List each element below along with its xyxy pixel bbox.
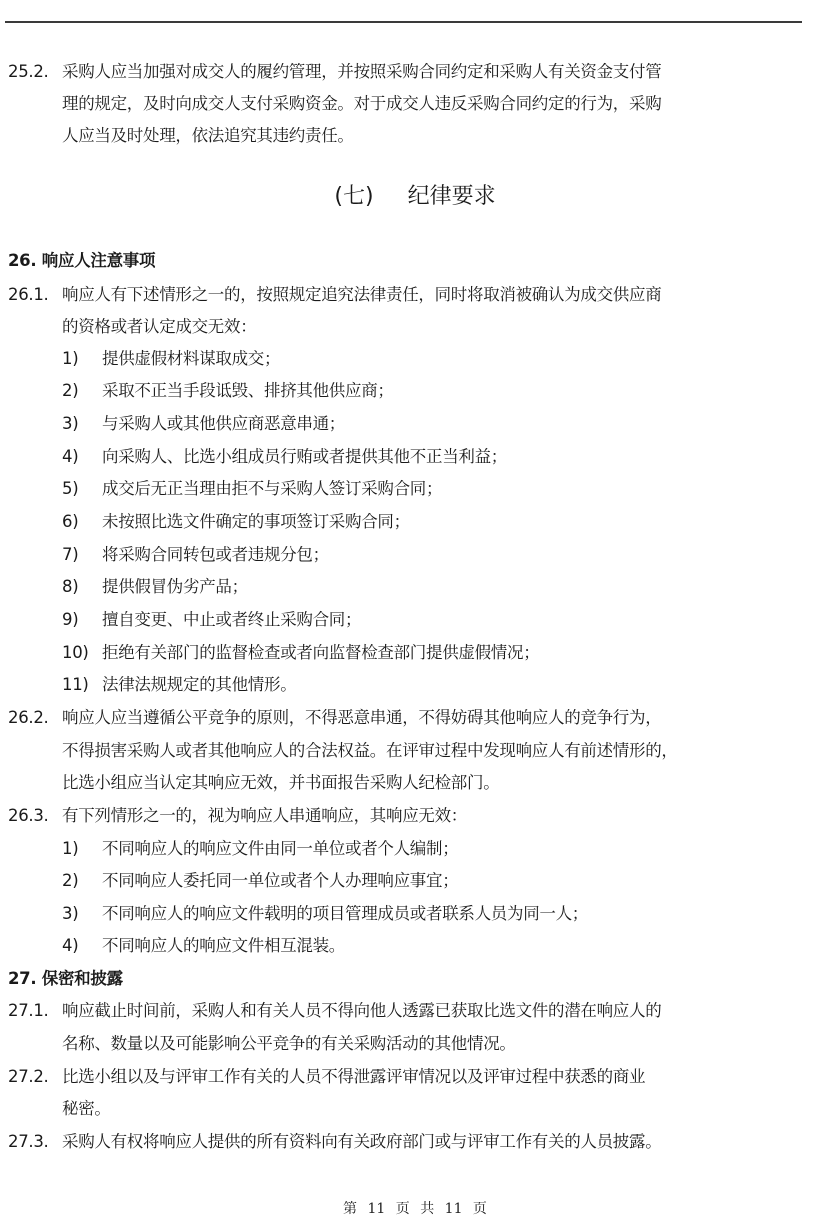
clause-text: 响应人有下述情形之一的，按照规定追究法律责任，同时将取消被确认为成交供应商 [62, 281, 661, 309]
clause-text: 比选小组应当认定其响应无效，并书面报告采购人纪检部门。 [62, 769, 499, 797]
item-number: 6) [62, 508, 78, 536]
item-text: 成交后无正当理由拒不与采购人签订采购合同； [102, 475, 442, 503]
page-footer: 第 11 页 共 11 页 [0, 1198, 830, 1218]
item-text: 提供假冒伪劣产品； [102, 573, 248, 601]
item-text: 与采购人或其他供应商恶意串通； [102, 410, 345, 438]
clause-number: 27.2. [8, 1063, 48, 1091]
clause-number: 26.3. [8, 802, 48, 830]
clause-number: 26.2. [8, 704, 48, 732]
clause-text: 比选小组以及与评审工作有关的人员不得泄露评审情况以及评审过程中获悉的商业 [62, 1063, 645, 1091]
item-text: 不同响应人委托同一单位或者个人办理响应事宜； [102, 867, 458, 895]
section-number: (七) [334, 184, 373, 209]
item-number: 5) [62, 475, 78, 503]
item-number: 1) [62, 835, 78, 863]
item-number: 4) [62, 932, 78, 960]
clause-text: 不得损害采购人或者其他响应人的合法权益。在评审过程中发现响应人有前述情形的， [62, 737, 678, 765]
clause-number: 27.1. [8, 997, 48, 1025]
item-number: 1) [62, 345, 78, 373]
item-number: 9) [62, 606, 78, 634]
item-text: 不同响应人的响应文件由同一单位或者个人编制； [102, 835, 458, 863]
item-text: 采取不正当手段诋毁、排挤其他供应商； [102, 377, 394, 405]
item-number: 2) [62, 867, 78, 895]
item-number: 7) [62, 541, 78, 569]
clause-text: 名称、数量以及可能影响公平竞争的有关采购活动的其他情况。 [62, 1030, 516, 1058]
clause-text: 响应截止时间前，采购人和有关人员不得向他人透露已获取比选文件的潜在响应人的 [62, 997, 661, 1025]
item-text: 不同响应人的响应文件相互混装。 [102, 932, 345, 960]
item-number: 4) [62, 443, 78, 471]
item-text: 不同响应人的响应文件载明的项目管理成员或者联系人员为同一人； [102, 900, 588, 928]
item-text: 未按照比选文件确定的事项签订采购合同； [102, 508, 410, 536]
clause-text: 理的规定，及时向成交人支付采购资金。对于成交人违反采购合同约定的行为，采购 [62, 90, 661, 118]
clause-number: 27.3. [8, 1128, 48, 1156]
item-number: 3) [62, 410, 78, 438]
clause-number: 25.2. [8, 58, 48, 86]
item-number: 11) [62, 671, 89, 699]
item-text: 拒绝有关部门的监督检查或者向监督检查部门提供虚假情况； [102, 639, 539, 667]
subsection-title: 27. 保密和披露 [8, 965, 123, 993]
item-text: 将采购合同转包或者违规分包； [102, 541, 329, 569]
item-text: 向采购人、比选小组成员行贿或者提供其他不正当利益； [102, 443, 507, 471]
clause-text: 秘密。 [62, 1095, 111, 1123]
section-heading: (七)纪律要求 [0, 181, 830, 213]
section-title: 纪律要求 [408, 184, 496, 209]
header-rule [5, 21, 802, 23]
clause-text: 采购人应当加强对成交人的履约管理，并按照采购合同约定和采购人有关资金支付管 [62, 58, 661, 86]
clause-text: 的资格或者认定成交无效： [62, 313, 256, 341]
clause-text: 有下列情形之一的，视为响应人串通响应，其响应无效： [62, 802, 467, 830]
item-text: 擅自变更、中止或者终止采购合同； [102, 606, 361, 634]
clause-text: 人应当及时处理，依法追究其违约责任。 [62, 122, 354, 150]
clause-text: 响应人应当遵循公平竞争的原则，不得恶意串通，不得妨碍其他响应人的竞争行为， [62, 704, 661, 732]
item-number: 8) [62, 573, 78, 601]
item-text: 法律法规规定的其他情形。 [102, 671, 296, 699]
clause-text: 采购人有权将响应人提供的所有资料向有关政府部门或与评审工作有关的人员披露。 [62, 1128, 661, 1156]
item-number: 3) [62, 900, 78, 928]
item-number: 2) [62, 377, 78, 405]
clause-number: 26.1. [8, 281, 48, 309]
subsection-title: 26. 响应人注意事项 [8, 247, 155, 275]
item-text: 提供虚假材料谋取成交； [102, 345, 280, 373]
item-number: 10) [62, 639, 89, 667]
